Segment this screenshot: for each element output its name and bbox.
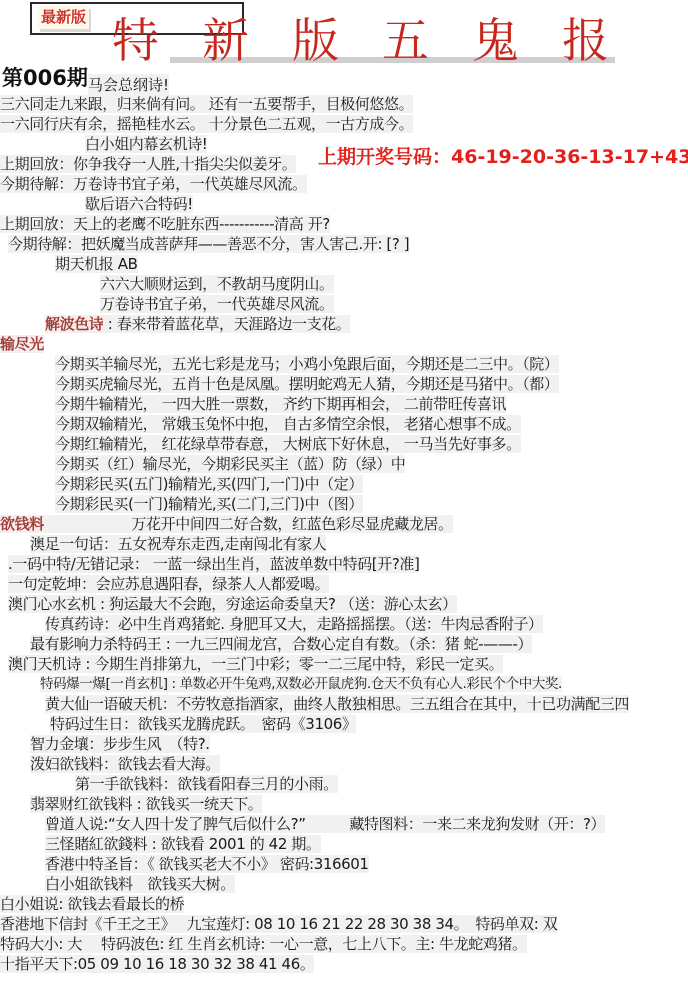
text-segment: 今期红输精光， 红花绿草带春意， 大树底下好休息， 一马当先好事多。 xyxy=(55,435,521,453)
text-line: 歇后语六合特码! xyxy=(0,194,688,214)
text-segment: 白小姐内幕玄机诗! xyxy=(85,135,207,153)
text-segment: 今期买羊输尽光，五光七彩是龙马；小鸡小兔跟后面，今期还是二三中。（院） xyxy=(55,355,559,373)
text-segment: 今期待解：把妖魔当成菩萨拜——善恶不分，害人害己.开: [? ] xyxy=(8,235,409,253)
text-line: 特码爆一爆[一肖玄机] : 单数必开牛兔鸡,双数必开鼠虎狗.仓天不负有心人.彩民… xyxy=(0,674,688,694)
text-segment: 今期彩民买(一门)输精光,买(二门,三门)中（图） xyxy=(55,495,363,513)
text-line: 特码大小: 大 特码波色: 红 生肖玄机诗: 一心一意，七上八下。主: 牛龙蛇鸡… xyxy=(0,934,688,954)
text-line: 澳门心水玄机 : 狗运最大不会跑，穷途运命委皇天? （送：游心太玄） xyxy=(0,594,688,614)
text-segment: 六六大顺财运到，不教胡马度阴山。 xyxy=(100,275,334,293)
text-line: 三怪賭紅欲錢料 : 欲钱看 2001 的 42 期。 xyxy=(0,834,688,854)
text-segment: 白小姐欲钱料 欲钱买大树。 xyxy=(45,875,235,893)
text-segment: 澳足一句话：五女祝寿东走西,走南闯北有家人 xyxy=(30,535,326,553)
text-line: 曾道人说:“女人四十发了脾气后似什么?” 藏特图料：一来二来龙狗发财（开：?） xyxy=(0,814,688,834)
text-segment: 曾道人说:“女人四十发了脾气后似什么?” 藏特图料：一来二来龙狗发财（开：?） xyxy=(45,815,605,833)
text-line: 今期待解：把妖魔当成菩萨拜——善恶不分，害人害己.开: [? ] xyxy=(0,234,688,254)
text-line: 传真药诗：必中生肖鸡猪蛇. 身肥耳又大，走路摇摇摆。（送：牛肉忌香附子） xyxy=(0,614,688,634)
text-segment: 澳门天机诗 : 今期生肖排第九，一三门中彩；零一二三尾中特，彩民一定买。 xyxy=(8,655,503,673)
text-segment: 今期买虎输尽光，五肖十色是凤凰。摆明蛇鸡无人猜，今期还是马猪中。（都） xyxy=(55,375,559,393)
text-line: 今期牛输精光， 一四大胜一票数， 齐约下期再相会， 二前带旺传喜讯 xyxy=(0,394,688,414)
text-line: 一句定乾坤：会应苏息遇阳春，绿茶人人都爱喝。 xyxy=(0,574,688,594)
text-line: 澳门天机诗 : 今期生肖排第九，一三门中彩；零一二三尾中特，彩民一定买。 xyxy=(0,654,688,674)
text-line: 今期红输精光， 红花绿草带春意， 大树底下好休息， 一马当先好事多。 xyxy=(0,434,688,454)
text-segment: 今期双输精光， 常娥玉兔怀中抱， 自古多情空余恨， 老猪心想事不成。 xyxy=(55,415,521,433)
text-line: 欲钱料 万花开中间四二好合数，红蓝色彩尽显虎藏龙居。 xyxy=(0,514,688,534)
previous-draw-numbers: 上期开奖号码：46-19-20-36-13-17+43 xyxy=(318,142,688,169)
text-segment: 十指平天下:05 09 10 16 18 30 32 38 41 46。 xyxy=(0,955,314,973)
text-line: 最有影响力杀特码王 : 一九三四闹龙宫，合数心定自有数。（杀：猪 蛇-——-） xyxy=(0,634,688,654)
text-line: 万卷诗书宜子弟，一代英雄尽风流。 xyxy=(0,294,688,314)
text-line: 特码过生日：欲钱买龙腾虎跃。 密码《3106》 xyxy=(0,714,688,734)
text-segment: 香港中特圣旨：《 欲钱买老大不小》 密码:316601 xyxy=(45,855,369,873)
text-segment: 歇后语六合特码! xyxy=(85,195,193,213)
text-line: 今期买（红）输尽光，今期彩民买主（蓝）防（绿）中 xyxy=(0,454,688,474)
text-line: 智力金壤：步步生风 （特?. xyxy=(0,734,688,754)
text-line: 翡翠财红欲钱料 : 欲钱买一统天下。 xyxy=(0,794,688,814)
text-line: 解波色诗 : 春来带着蓝花草，天涯路边一支花。 xyxy=(0,314,688,334)
text-line: 今期彩民买(一门)输精光,买(二门,三门)中（图） xyxy=(0,494,688,514)
text-line: 十指平天下:05 09 10 16 18 30 32 38 41 46。 xyxy=(0,954,688,974)
body-lines: 三六同走九来跟，归来倘有问。 还有一五要帮手，目极何悠悠。一六同行庆有余，摇艳桂… xyxy=(0,94,688,974)
issue-number: 第006期 xyxy=(2,62,88,92)
text-segment: .一码中特/无错记录： 一蓝一绿出生肖，蓝波单数中特码[开?准] xyxy=(8,555,419,573)
text-line: .一码中特/无错记录： 一蓝一绿出生肖，蓝波单数中特码[开?准] xyxy=(0,554,688,574)
text-segment: 智力金壤：步步生风 （特?. xyxy=(30,735,210,753)
text-segment: 香港地下信封《千王之王》 九宝莲灯: 08 10 16 21 22 28 30 … xyxy=(0,915,557,933)
lottery-tip-sheet: 最新版 特新版五鬼报 第006期 马会总纲诗! 上期开奖号码：46-19-20-… xyxy=(0,0,688,985)
text-line: 今期待解：万卷诗书宜子弟，一代英雄尽风流。 xyxy=(0,174,688,194)
text-line: 今期买虎输尽光，五肖十色是凤凰。摆明蛇鸡无人猜，今期还是马猪中。（都） xyxy=(0,374,688,394)
text-segment: 今期待解：万卷诗书宜子弟，一代英雄尽风流。 xyxy=(0,175,307,193)
text-line: 三六同走九来跟，归来倘有问。 还有一五要帮手，目极何悠悠。 xyxy=(0,94,688,114)
section-label: 欲钱料 xyxy=(0,515,44,533)
text-line: 白小姐说: 欲钱去看最长的桥 xyxy=(0,894,688,914)
text-segment: 万卷诗书宜子弟，一代英雄尽风流。 xyxy=(100,295,334,313)
text-segment: 特码大小: 大 特码波色: 红 生肖玄机诗: 一心一意，七上八下。主: 牛龙蛇鸡… xyxy=(0,935,527,953)
text-line: 今期买羊输尽光，五光七彩是龙马；小鸡小兔跟后面，今期还是二三中。（院） xyxy=(0,354,688,374)
text-line: 白小姐欲钱料 欲钱买大树。 xyxy=(0,874,688,894)
section-label: 输尽光 xyxy=(0,335,44,353)
text-line: 香港地下信封《千王之王》 九宝莲灯: 08 10 16 21 22 28 30 … xyxy=(0,914,688,934)
text-segment: 万花开中间四二好合数，红蓝色彩尽显虎藏龙居。 xyxy=(44,515,453,533)
text-segment: 期天机报 AB xyxy=(55,255,138,273)
text-segment: 泼妇欲钱料：欲钱去看大海。 xyxy=(30,755,220,773)
text-line: 一六同行庆有余，摇艳桂水云。 十分景色二五观，一古方成今。 xyxy=(0,114,688,134)
text-segment: 特码过生日：欲钱买龙腾虎跃。 密码《3106》 xyxy=(50,715,356,733)
text-segment: 黄大仙一语破天机：不劳牧意指酒家，曲终人散独相思。三五组合在其中，十已功满配三四 xyxy=(45,695,629,713)
section-label: 解波色诗 xyxy=(45,315,103,333)
page-title: 特新版五鬼报 xyxy=(112,18,652,65)
text-segment: 今期牛输精光， 一四大胜一票数， 齐约下期再相会， 二前带旺传喜讯 xyxy=(55,395,506,413)
text-segment: 最有影响力杀特码王 : 一九三四闹龙宫，合数心定自有数。（杀：猪 蛇-——-） xyxy=(30,635,532,653)
text-segment: 上期回放：天上的老鹰不吃脏东西-----------清高 开? xyxy=(0,215,330,233)
text-segment: 翡翠财红欲钱料 : 欲钱买一统天下。 xyxy=(30,795,262,813)
text-line: 第一手欲钱料：欲钱看阳春三月的小雨。 xyxy=(0,774,688,794)
text-segment: 上期回放：你争我夺一人胜,十指尖尖似姜牙。 xyxy=(0,155,296,173)
text-line: 今期双输精光， 常娥玉兔怀中抱， 自古多情空余恨， 老猪心想事不成。 xyxy=(0,414,688,434)
latest-version-label: 最新版 xyxy=(38,6,89,29)
text-line: 输尽光 xyxy=(0,334,688,354)
text-line: 香港中特圣旨：《 欲钱买老大不小》 密码:316601 xyxy=(0,854,688,874)
text-segment: 今期买（红）输尽光，今期彩民买主（蓝）防（绿）中 xyxy=(55,455,405,473)
text-segment: : 春来带着蓝花草，天涯路边一支花。 xyxy=(103,315,350,333)
text-segment: 一六同行庆有余，摇艳桂水云。 十分景色二五观，一古方成今。 xyxy=(0,115,413,133)
text-line: 泼妇欲钱料：欲钱去看大海。 xyxy=(0,754,688,774)
text-segment: 今期彩民买(五门)输精光,买(四门,一门)中（定） xyxy=(55,475,363,493)
text-segment: 传真药诗：必中生肖鸡猪蛇. 身肥耳又大，走路摇摇摆。（送：牛肉忌香附子） xyxy=(45,615,543,633)
text-segment: 三六同走九来跟，归来倘有问。 还有一五要帮手，目极何悠悠。 xyxy=(0,95,413,113)
text-line: 今期彩民买(五门)输精光,买(四门,一门)中（定） xyxy=(0,474,688,494)
text-line: 期天机报 AB xyxy=(0,254,688,274)
text-line: 黄大仙一语破天机：不劳牧意指酒家，曲终人散独相思。三五组合在其中，十已功满配三四 xyxy=(0,694,688,714)
text-segment: 一句定乾坤：会应苏息遇阳春，绿茶人人都爱喝。 xyxy=(8,575,329,593)
masthead-poem-heading: 马会总纲诗! xyxy=(88,74,169,95)
text-segment: 第一手欲钱料：欲钱看阳春三月的小雨。 xyxy=(75,775,338,793)
text-segment: 三怪賭紅欲錢料 : 欲钱看 2001 的 42 期。 xyxy=(45,835,321,853)
text-line: 澳足一句话：五女祝寿东走西,走南闯北有家人 xyxy=(0,534,688,554)
text-segment: 特码爆一爆[一肖玄机] : 单数必开牛兔鸡,双数必开鼠虎狗.仓天不负有心人.彩民… xyxy=(40,676,562,692)
text-segment: 白小姐说: 欲钱去看最长的桥 xyxy=(0,895,184,913)
text-line: 六六大顺财运到，不教胡马度阴山。 xyxy=(0,274,688,294)
text-segment: 澳门心水玄机 : 狗运最大不会跑，穷途运命委皇天? （送：游心太玄） xyxy=(8,595,457,613)
text-line: 上期回放：天上的老鹰不吃脏东西-----------清高 开? xyxy=(0,214,688,234)
